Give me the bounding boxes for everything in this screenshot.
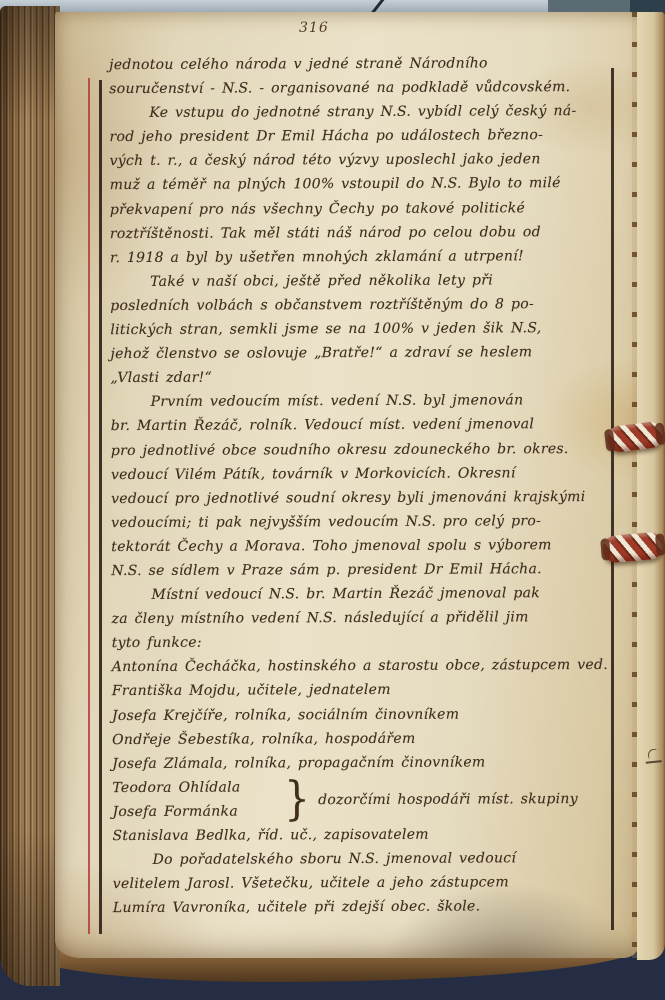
binding-fold-crease xyxy=(632,12,637,958)
handwritten-line: souručenství - N.S. - organisované na po… xyxy=(109,75,607,101)
handwritten-line: pro jednotlivé obce soudního okresu zdou… xyxy=(111,436,609,462)
handwritten-line: Lumíra Vavroníka, učitele při zdejší obe… xyxy=(113,894,611,920)
manuscript-page: 316 jednotou celého národa v jedné stran… xyxy=(55,12,637,958)
handwritten-line: jednotou celého národa v jedné straně Ná… xyxy=(109,51,607,77)
brace-names: Teodora Ohlídala Josefa Formánka xyxy=(112,775,282,824)
brace-label: dozorčími hospodáři míst. skupiny xyxy=(318,787,578,812)
handwritten-line: Josefa Formánka xyxy=(112,799,282,824)
margin-rule-left xyxy=(99,80,102,934)
handwritten-line: r. 1918 a byl by ušetřen mnohých zklamán… xyxy=(110,244,608,270)
handwritten-line: posledních volbách s občanstvem roztříšt… xyxy=(110,292,608,318)
handwritten-text: jednotou celého národa v jedné straně Ná… xyxy=(109,51,611,921)
handwritten-line: Ke vstupu do jednotné strany N.S. vybídl… xyxy=(109,99,607,125)
handwritten-line: Antonína Čecháčka, hostinského a starost… xyxy=(112,653,610,679)
handwritten-line: tektorát Čechy a Morava. Toho jmenoval s… xyxy=(111,533,609,559)
handwritten-line: „Vlasti zdar!“ xyxy=(110,364,608,390)
handwritten-line: Josefa Zlámala, rolníka, propagačním čin… xyxy=(112,750,610,776)
handwritten-lines-bottom: Stanislava Bedlka, říd. uč., zapisovatel… xyxy=(112,822,610,921)
brace-glyph: } xyxy=(284,785,310,813)
book-page-edges-left xyxy=(0,6,60,986)
next-page-writing-fragment xyxy=(644,746,662,764)
handwritten-line: velitelem Jarosl. Všetečku, učitele a je… xyxy=(113,870,611,896)
handwritten-line: vedoucí Vilém Pátík, továrník v Morkovic… xyxy=(111,461,609,487)
handwritten-line: muž a téměř na plných 100% vstoupil do N… xyxy=(110,171,608,197)
handwritten-line: Ondřeje Šebestíka, rolníka, hospodářem xyxy=(112,726,610,752)
handwritten-line: vedoucími; ti pak nejvyšším vedoucím N.S… xyxy=(111,509,609,535)
margin-rule-right xyxy=(611,68,614,930)
handwritten-line: vedoucí pro jednotlivé soudní okresy byl… xyxy=(111,485,609,511)
handwritten-line: Prvním vedoucím míst. vedení N.S. byl jm… xyxy=(111,388,609,414)
photographed-chronicle-page: 316 jednotou celého národa v jedné stran… xyxy=(0,0,665,1000)
handwritten-line: br. Martin Řezáč, rolník. Vedoucí míst. … xyxy=(111,412,609,438)
handwritten-line: roztříštěnosti. Tak měl státi náš národ … xyxy=(110,220,608,246)
handwritten-line: N.S. se sídlem v Praze sám p. president … xyxy=(111,557,609,583)
handwritten-line: Místní vedoucí N.S. br. Martin Řezáč jme… xyxy=(111,581,609,607)
handwritten-line: Do pořadatelského sboru N.S. jmenoval ve… xyxy=(113,846,611,872)
handwritten-line: Stanislava Bedlka, říd. uč., zapisovatel… xyxy=(112,822,610,848)
handwritten-line: litických stran, semkli jsme se na 100% … xyxy=(110,316,608,342)
margin-rule-red xyxy=(88,78,90,934)
handwritten-line: Také v naší obci, ještě před několika le… xyxy=(110,268,608,294)
handwritten-lines-top: jednotou celého národa v jedné straně Ná… xyxy=(109,51,610,776)
handwritten-line: Františka Mojdu, učitele, jednatelem xyxy=(112,677,610,703)
handwritten-line: za členy místního vedení N.S. následujíc… xyxy=(112,605,610,631)
handwritten-line: tyto funkce: xyxy=(112,629,610,655)
handwritten-line: rod jeho president Dr Emil Hácha po udál… xyxy=(109,123,607,149)
page-number: 316 xyxy=(299,20,329,36)
brace-group: Teodora Ohlídala Josefa Formánka } dozor… xyxy=(112,774,610,824)
handwritten-line: vých t. r., a český národ této výzvy upo… xyxy=(110,147,608,173)
handwritten-line: jehož členstvo se oslovuje „Bratře!“ a z… xyxy=(110,340,608,366)
handwritten-line: Josefa Krejčíře, rolníka, sociálním čino… xyxy=(112,701,610,727)
handwritten-line: překvapení pro nás všechny Čechy po tako… xyxy=(110,195,608,221)
handwritten-line: Teodora Ohlídala xyxy=(112,775,282,800)
next-page-sliver xyxy=(637,12,665,960)
